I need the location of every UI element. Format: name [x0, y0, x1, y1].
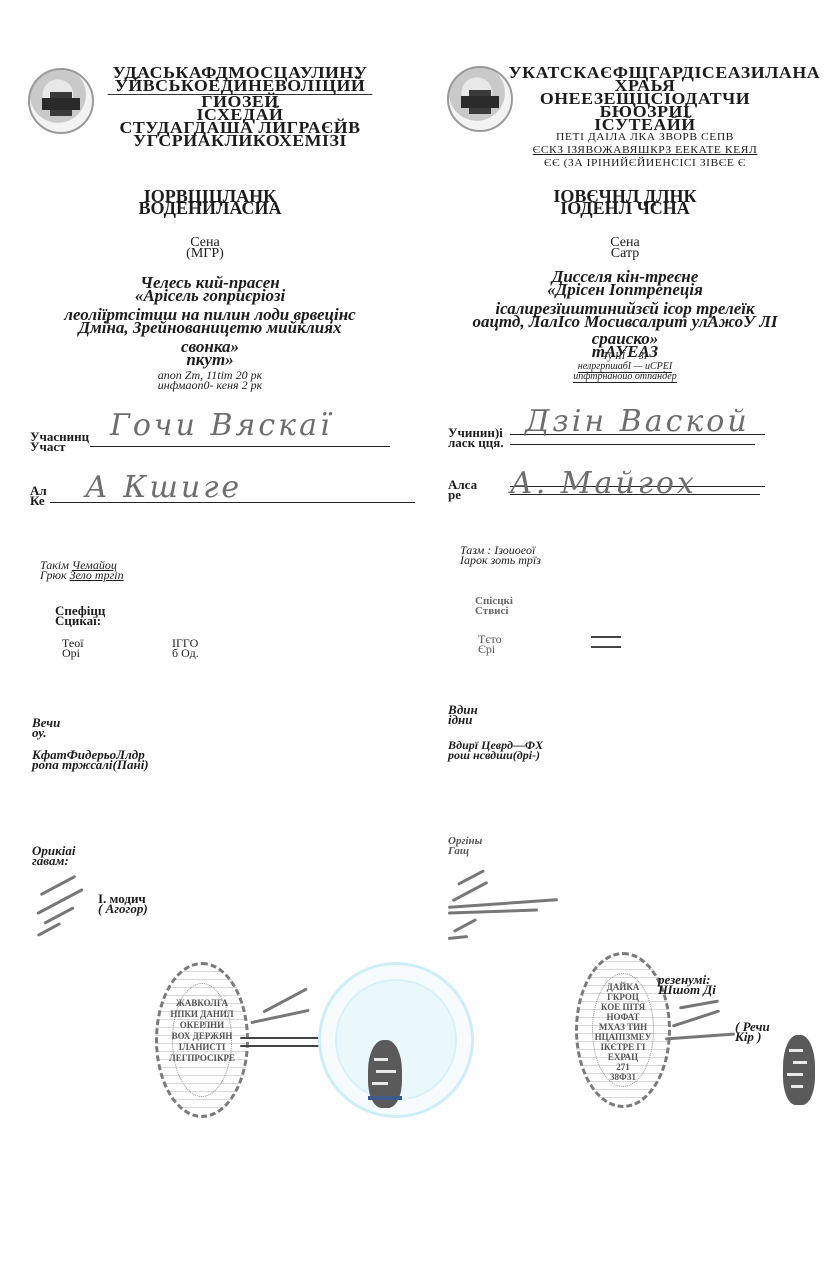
section-row-mark [591, 636, 621, 638]
stamp-line: ВОХ ДЕРЖЯН [158, 1031, 246, 1042]
stamp-line: МХАЗ ТИН [578, 1022, 668, 1032]
stamp-line: ДАЙКА [578, 982, 668, 992]
official-stamp: ЖАВКОЛГА НПКИ ДАНИЛ ОКЕРЛНИ ВОХ ДЕРЖЯН І… [155, 962, 249, 1118]
section-heading: Спефіцц Сцикаї: [55, 606, 105, 626]
section-line: Ствисі [475, 606, 513, 616]
date-line: инфмаоп0- кеня 2 рк [100, 380, 320, 390]
subtitle-line: Сатр [575, 248, 675, 259]
stamp-line: ГКРОЦ [578, 992, 668, 1002]
meta-label: Грюк [40, 568, 67, 582]
header-line: УГСРИАКЛИКОХЕМІЗІ [93, 134, 387, 147]
section-row-mark [591, 646, 621, 648]
meta-value: Зело тргіп [70, 568, 124, 582]
chair-label: Вечи оу. [32, 718, 60, 738]
topic-line: «Арісель гоприєріозі [40, 289, 380, 302]
organizers-label: Оргіны Гащ [448, 836, 482, 856]
topic-line: Дміна, Зрейнованицетю мийклиях [40, 321, 380, 334]
certificate-title: ІОВЄЧНЛ ДЛНК ІОДЕНЛ ЧСНА [535, 190, 715, 214]
section-line: Сцикаї: [55, 616, 105, 626]
event-topic: Челесь кий-прасен «Арісель гоприєріозі л… [40, 276, 380, 366]
certificate-subtitle: Сена (МГР) [150, 237, 260, 259]
certificate-title: ІОРВЦІЦЛАНК ВОДЕНИЛАСИА [100, 190, 320, 214]
stamp-text: ЖАВКОЛГА НПКИ ДАНИЛ ОКЕРЛНИ ВОХ ДЕРЖЯН І… [158, 998, 246, 1064]
stamp-line: 38ФЗ1 [578, 1072, 668, 1082]
organizers-line: Гащ [448, 846, 482, 856]
topic-line: «Дрісен Іоптрепеція [445, 283, 805, 296]
president-line: Шшот Ді [658, 985, 716, 995]
header-line: УЙВСЬКОЕДИНЕВОЛІЦИЙ [93, 79, 387, 92]
event-topic: Дисселя кін-треєне «Дрісен Іоптрепеція і… [445, 270, 805, 358]
official-stamp: ДАЙКА ГКРОЦ КОЕ ПІТЯ НОФАТ МХАЗ ТИН НЦАП… [575, 952, 671, 1108]
chair-name-line: рош нсвдши(дрі-) [448, 750, 543, 760]
university-logo-icon [447, 66, 513, 132]
organizer-name-line: ( Агогор) [98, 904, 148, 914]
header-subline: ЄЄ (ЗА ІРІНИЙЄЙИЕНСІСІ ЗІВЄЕ Є [509, 157, 782, 170]
stamp-line: НПКИ ДАНИЛ [158, 1009, 246, 1020]
header-line: ІСУТЕАЙЙ [509, 118, 782, 131]
label-line: Ке [30, 496, 47, 506]
stamp-line: ЕХРАЦ [578, 1052, 668, 1062]
chair-name-line: ропа тржсалі(Пані) [32, 760, 149, 770]
participant-label: Учаснинц Участ [30, 432, 89, 452]
meta-value: зоть трїз [491, 553, 541, 567]
header-subline: ЄСКЗ ІЗЯВОЖАВЯШКРЗ ЕЕКАТЕ КЕЯЛ [509, 144, 782, 157]
right-certificate: УКАТСКАЄФЩГАРДІСЕАЗИЛАНА ХРАЬЯ ОНЕЕЗЕЩЦС… [415, 0, 830, 1280]
date-line: ипфтрнанойо отпандер [573, 371, 676, 383]
supervisor-handwriting: А. Майгох [510, 466, 697, 501]
subtitle-line: (МГР) [150, 248, 260, 259]
supervisor-handwriting: А Кшиге [85, 470, 242, 505]
organizers-label: Орикіаі гавам: [32, 846, 75, 866]
meta-block: Такім Чемайоц Грюк Зело тргіп [40, 560, 124, 580]
participant-handwriting: Дзін Ваской [525, 404, 750, 439]
stamp-line: НЦАПІЗМЕУ [578, 1032, 668, 1042]
stamp-line: ОКЕРЛНИ [158, 1020, 246, 1031]
organizer-signature [448, 862, 578, 942]
meta-label: Іарок [460, 553, 488, 567]
president-signature [665, 995, 745, 1045]
participant-handwriting: Гочи Вяскаї [110, 408, 333, 443]
organizer-name: І. модич ( Агогор) [98, 894, 148, 914]
chair-label: Вдин ідни [448, 705, 478, 725]
meta-block: Тазм : Ізоиоеої Іарок зоть трїз [460, 545, 541, 565]
certificate-subtitle: Сена Сатр [575, 237, 675, 259]
label-line: ласк цця. [448, 438, 504, 448]
participant-underline [90, 446, 390, 447]
title-line: ВОДЕНИЛАСИА [100, 202, 320, 214]
title-line: ІОДЕНЛ ЧСНА [535, 202, 715, 214]
right-header: УКАТСКАЄФЩГАРДІСЕАЗИЛАНА ХРАЬЯ ОНЕЕЗЕЩЦС… [509, 66, 782, 170]
university-logo-icon [28, 68, 94, 134]
meta-row: Іарок зоть трїз [460, 555, 541, 565]
topic-line: пкут» [40, 353, 380, 366]
stamp-line: КОЕ ПІТЯ [578, 1002, 668, 1012]
stamp-text: ДАЙКА ГКРОЦ КОЕ ПІТЯ НОФАТ МХАЗ ТИН НЦАП… [578, 982, 668, 1082]
stamp-line: ЖАВКОЛГА [158, 998, 246, 1009]
section-heading: Спісцкі Ствисі [475, 596, 513, 616]
chair-name: Вдирї Цеврд—ФХ рош нсвдши(дрі-) [448, 740, 543, 760]
president-name: ( Речи Кір ) [735, 1022, 770, 1042]
supervisor-label: Алса ре [448, 480, 477, 500]
topic-line: оацтд, ЛалІсо Мосивсалрит улАжоУ ЛІ [445, 315, 805, 328]
participant-underline [510, 444, 755, 445]
stamp-line: НОФАТ [578, 1012, 668, 1022]
hologram-seal-icon [368, 1040, 402, 1108]
president-label: резенумі: Шшот Ді [658, 975, 716, 995]
director-signature [240, 985, 330, 1055]
left-header: УДАСЬКАФДМОСЦАУЛИНУ УЙВСЬКОЕДИНЕВОЛІЦИЙ … [93, 66, 387, 147]
section-row-right: ІГГО б Од. [172, 638, 199, 658]
participant-label: Учинин)і ласк цця. [448, 428, 504, 448]
stamp-line: 271 [578, 1062, 668, 1072]
row-line: б Од. [172, 648, 199, 658]
section-row-left: Тєто Єрі [478, 634, 502, 654]
stamp-line: ЛЕГПРОСІКРЕ [158, 1053, 246, 1064]
header-subline: ПЕТІ ДАІЛА ЛКА ЗВОРВ СЕПВ [509, 131, 782, 144]
stamp-line: ІКЄТРЕ ГІ [578, 1042, 668, 1052]
meta-row: Грюк Зело тргіп [40, 570, 124, 580]
event-dates: апоп Zm, 11tim 20 рк инфмаоп0- кеня 2 рк [100, 370, 320, 390]
chair-name: КфатФидерьоЛлдр ропа тржсалі(Пані) [32, 750, 149, 770]
section-row-left: Теої Орі [62, 638, 84, 658]
hologram-seal-icon [783, 1035, 815, 1105]
organizer-signature [32, 870, 92, 940]
stamp-line: ІЛАНИСТІ [158, 1042, 246, 1053]
supervisor-label: Ал Ке [30, 486, 47, 506]
event-dates: Ту ІІЇ — ЗІ нелргрпшабІ — иСРЕІ ипфтрнан… [525, 352, 725, 382]
